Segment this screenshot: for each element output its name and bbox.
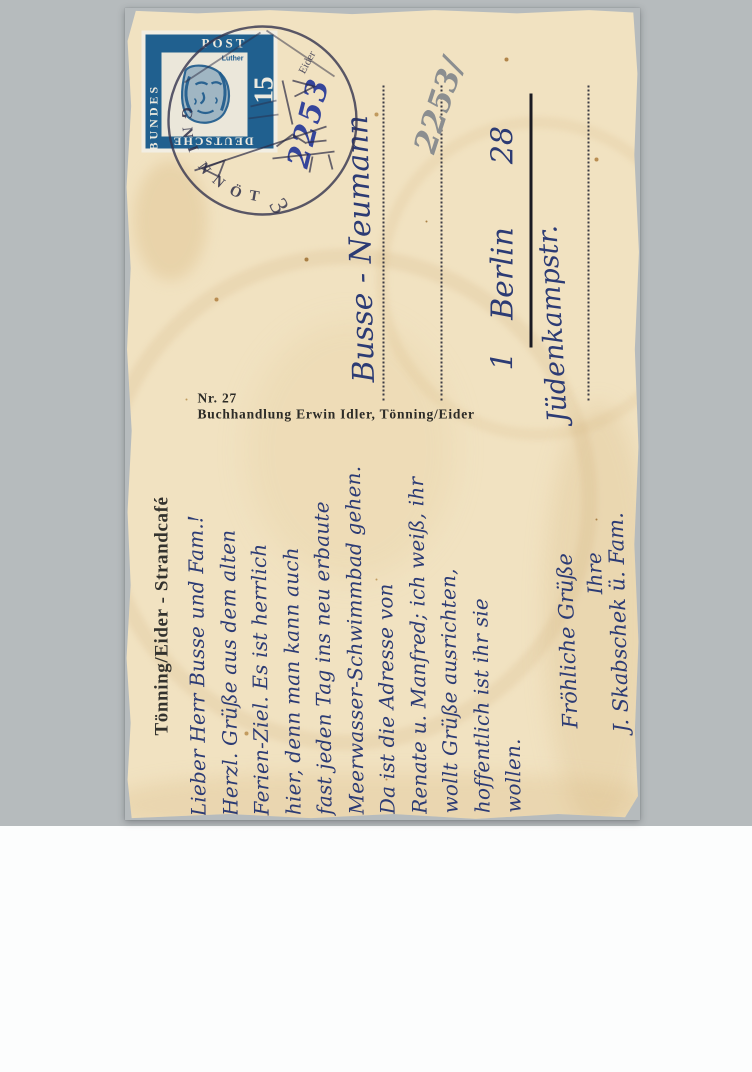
message-line: wollen. (494, 408, 530, 812)
postmark-town-letter: N (194, 159, 213, 177)
postmark-town-letter: I (183, 143, 200, 154)
message-line: Meerwasser-Schwimmbad gehen. (336, 410, 372, 814)
message-line: fast jeden Tag ins neu erbaute (305, 410, 341, 814)
address-city: 1 Berlin 28 (485, 125, 520, 370)
message-line: hier, denn man kann auch (273, 411, 309, 815)
address-line-dotted-3 (587, 85, 589, 400)
pencil-code: 2253/ (407, 53, 471, 157)
signature-name: J. Skabschek ü. Fam. (603, 511, 633, 732)
imprint-number: Nr. 27 (197, 390, 545, 406)
divider-imprint: Nr. 27 Buchhandlung Erwin Idler, Tönning… (197, 390, 589, 422)
message-line: Herzl. Grüße aus dem alten (210, 411, 246, 815)
address-line-solid (529, 93, 532, 347)
message-line: wollt Grüße ausrichten, (431, 409, 467, 813)
postmark: T Ö N N I N G Eider 3 (164, 22, 360, 218)
scanner-white-band (0, 826, 752, 1072)
postmark-town-letter: Ö (226, 181, 244, 201)
message-line: Da ist die Adresse von (368, 410, 404, 814)
stamp-bundes-label: BUNDES (146, 36, 161, 150)
postmark-town-letter: G (177, 105, 195, 120)
message-line: Renate u. Manfred; ich weiß, ihr (399, 409, 435, 813)
message-line: Ferien-Ziel. Es ist herrlich (242, 411, 278, 815)
imprint-publisher: Buchhandlung Erwin Idler, Tönning/Eider (197, 406, 589, 422)
postmark-town-letter: N (208, 172, 227, 191)
signature-closing: Fröhliche Grüße (552, 552, 582, 728)
postcard-back: Tönning/Eider - Strandcafé Lieber Herr B… (125, 8, 640, 820)
postcard-caption: Tönning/Eider - Strandcafé (151, 496, 173, 735)
address-line-dotted-1 (382, 85, 384, 400)
signature-salutation: Ihre (581, 551, 606, 594)
scanned-image: Tönning/Eider - Strandcafé Lieber Herr B… (0, 0, 752, 1072)
postmark-town-letter: N (178, 126, 195, 138)
postmark-town-letter: T (247, 187, 260, 204)
message-line: hoffentlich ist ihr sie (462, 409, 498, 813)
foxing-specks (125, 818, 127, 820)
message-text: Lieber Herr Busse und Fam.! Herzl. Grüße… (179, 408, 530, 816)
message-line: Lieber Herr Busse und Fam.! (179, 411, 215, 815)
postcard: Tönning/Eider - Strandcafé Lieber Herr B… (125, 8, 640, 820)
postmark-icon: T Ö N N I N G Eider 3 (164, 22, 360, 218)
